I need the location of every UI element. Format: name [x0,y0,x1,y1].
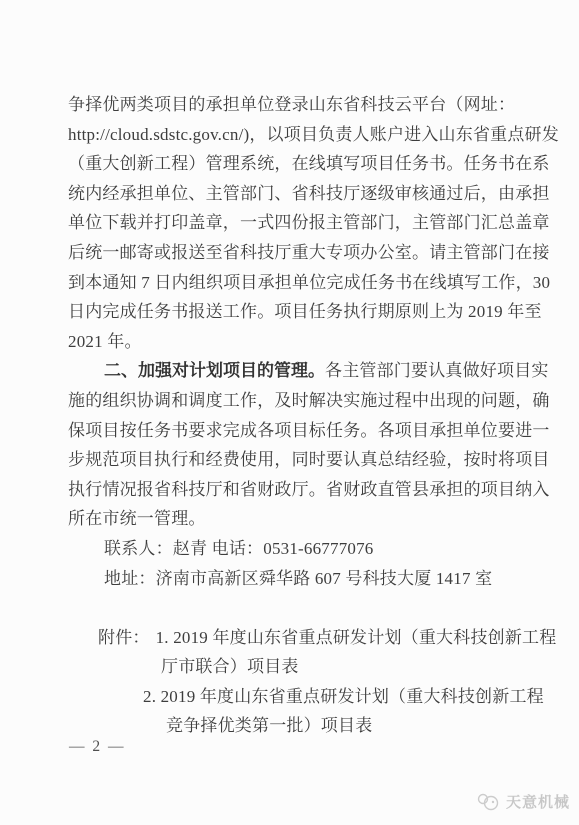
paragraph1-line: 争择优两类项目的承担单位登录山东省科技云平台（网址： [68,90,516,120]
section2-line: 保项目按任务书要求完成各项目标任务。各项目承担单位要进一 [68,416,516,446]
attachment-item-2-title: 2. 2019 年度山东省重点研发计划（重大科技创新工程 [68,682,516,712]
paragraph1-line: 单位下载并打印盖章，一式四份报主管部门，主管部门汇总盖章 [68,208,516,238]
paragraph1-line: 2021 年。 [68,327,516,357]
paragraph1-line: 日内完成任务书报送工作。项目任务执行期原则上为 2019 年至 [68,297,516,327]
section2-line: 执行情况报省科技厅和省财政厅。省财政直管县承担的项目纳入 [68,475,516,505]
attachments-first-line: 附件：1. 2019 年度山东省重点研发计划（重大科技创新工程 [68,623,516,653]
watermark-text: 天意机械 [506,791,570,812]
contact-person-line: 联系人：赵青 电话：0531-66777076 [68,534,516,564]
body-text: 争择优两类项目的承担单位登录山东省科技云平台（网址： http://cloud.… [68,90,516,741]
attachment-item-2-title-cont: 竞争择优类第一批）项目表 [68,711,516,741]
section2-first-line: 二、加强对计划项目的管理。各主管部门要认真做好项目实 [68,356,516,386]
section2-line: 各主管部门要认真做好项目实 [325,361,549,380]
section2-heading: 二、加强对计划项目的管理。 [104,361,325,380]
paragraph1-line: （重大创新工程）管理系统，在线填写项目任务书。任务书在系 [68,149,516,179]
paragraph1-line: 到本通知 7 日内组织项目承担单位完成任务书在线填写工作，30 [68,268,516,298]
section2-line: 所在市统一管理。 [68,504,516,534]
paragraph1-line-url: http://cloud.sdstc.gov.cn/)，以项目负责人账户进入山东… [68,120,516,150]
attachment-item-1-title: 1. 2019 年度山东省重点研发计划（重大科技创新工程 [156,628,557,647]
paragraph1-line: 统内经承担单位、主管部门、省科技厅逐级审核通过后，由承担 [68,179,516,209]
page-number: — 2 — [69,738,126,756]
contact-address-line: 地址：济南市高新区舜华路 607 号科技大厦 1417 室 [68,564,516,594]
section2-line: 施的组织协调和调度工作，及时解决实施过程中出现的问题，确 [68,386,516,416]
document-page: 争择优两类项目的承担单位登录山东省科技云平台（网址： http://cloud.… [0,0,579,825]
blank-line [68,593,516,623]
watermark-logo-icon [476,792,502,812]
section2-line: 步规范项目执行和经费使用，同时要认真总结经验，按时将项目 [68,445,516,475]
attachment-item-1-title-cont: 厅市联合）项目表 [68,652,516,682]
watermark: 天意机械 [476,791,570,812]
paragraph1-line: 后统一邮寄或报送至省科技厅重大专项办公室。请主管部门在接 [68,238,516,268]
attachments-label: 附件： [98,628,156,647]
